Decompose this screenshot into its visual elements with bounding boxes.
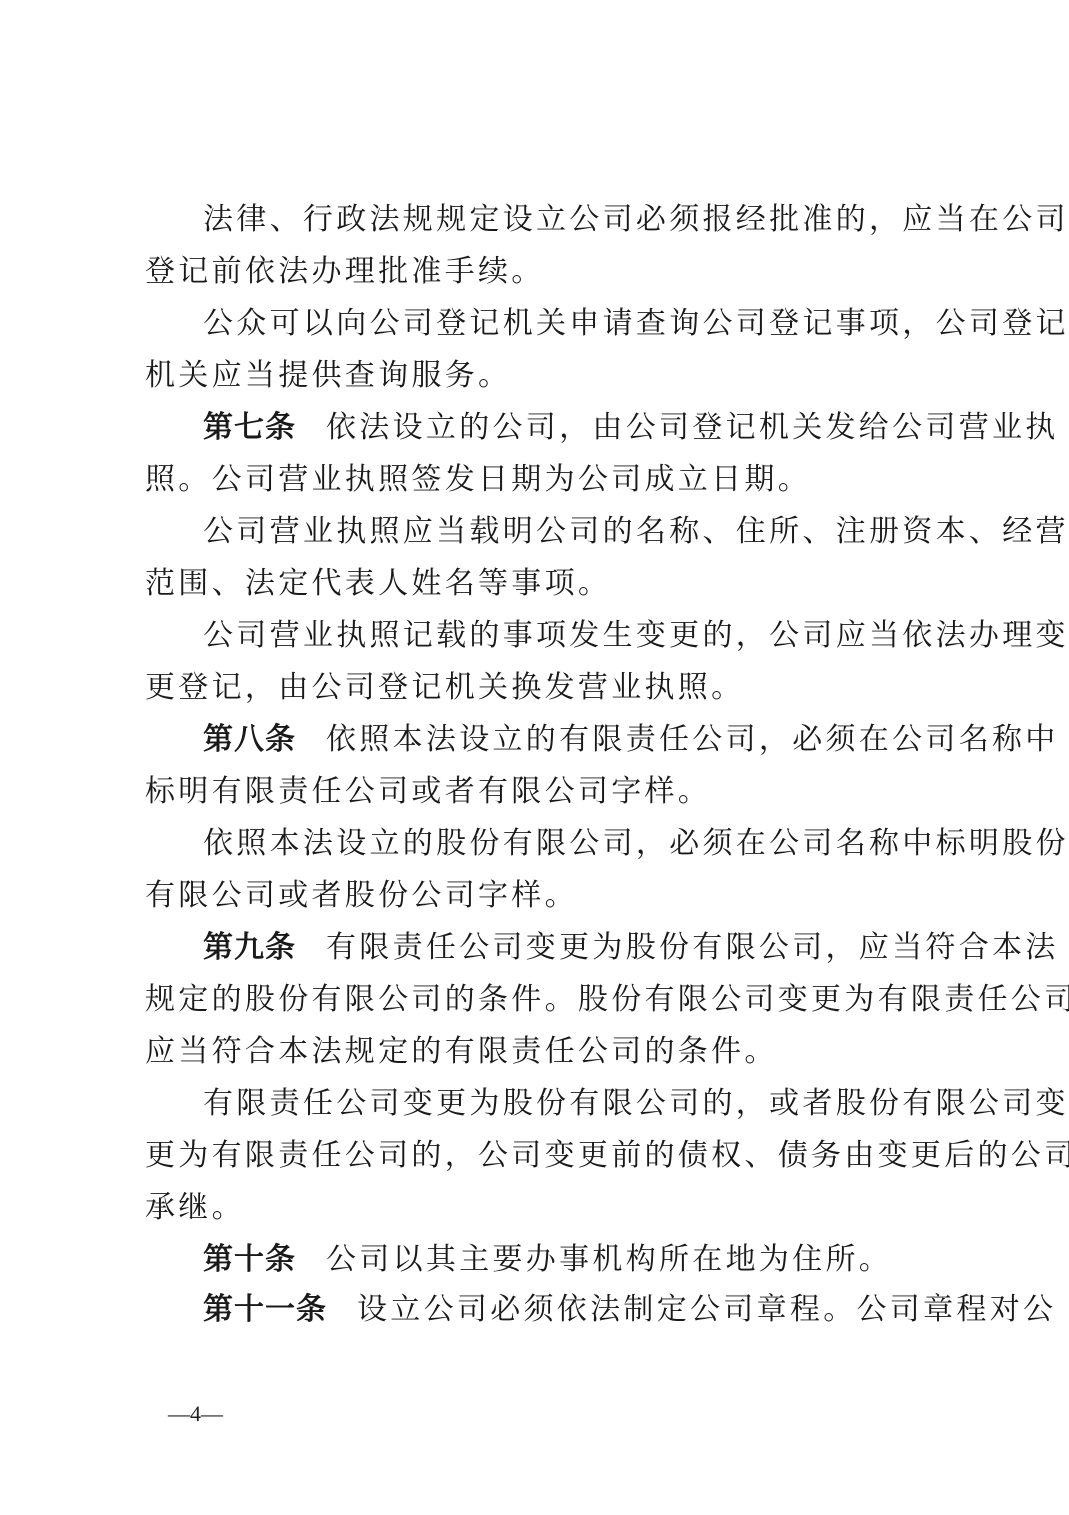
line-text: 法律、行政法规规定设立公司必须报经批准的，应当在公司 — [203, 202, 1069, 237]
line-text: 更为有限责任公司的，公司变更前的债权、债务由变更后的公司 — [145, 1138, 1069, 1173]
paragraph-line: 公众可以向公司登记机关申请查询公司登记事项，公司登记 — [203, 304, 1069, 344]
article-label: 第十条 — [203, 1242, 296, 1277]
page-number: —4— — [168, 1400, 223, 1428]
line-text: 依照本法设立的股份有限公司，必须在公司名称中标明股份 — [203, 826, 1069, 861]
paragraph-line: 有限责任公司变更为股份有限公司的，或者股份有限公司变 — [203, 1084, 1069, 1124]
line-text: 登记前依法办理批准手续。 — [145, 254, 545, 289]
paragraph-line: 规定的股份有限公司的条件。股份有限公司变更为有限责任公司， — [145, 980, 1069, 1020]
paragraph-line: 承继。 — [145, 1188, 245, 1228]
paragraph-line: 公司营业执照记载的事项发生变更的，公司应当依法办理变 — [203, 616, 1069, 656]
line-text: 应当符合本法规定的有限责任公司的条件。 — [145, 1034, 778, 1069]
paragraph-line: 机关应当提供查询服务。 — [145, 356, 511, 396]
line-text: 依法设立的公司，由公司登记机关发给公司营业执 — [326, 410, 1059, 445]
line-text: 有限责任公司变更为股份有限公司的，或者股份有限公司变 — [203, 1086, 1069, 1121]
line-text: 规定的股份有限公司的条件。股份有限公司变更为有限责任公司， — [145, 982, 1069, 1017]
paragraph-line: 应当符合本法规定的有限责任公司的条件。 — [145, 1032, 778, 1072]
line-text: 有限公司或者股份公司字样。 — [145, 878, 578, 913]
document-page: 法律、行政法规规定设立公司必须报经批准的，应当在公司 登记前依法办理批准手续。 … — [0, 0, 1069, 1515]
line-text: 标明有限责任公司或者有限公司字样。 — [145, 774, 711, 809]
line-text: 公司以其主要办事机构所在地为住所。 — [326, 1242, 892, 1277]
line-text: 承继。 — [145, 1190, 245, 1225]
article-8-line: 第八条依照本法设立的有限责任公司，必须在公司名称中 — [203, 720, 1059, 760]
line-text: 有限责任公司变更为股份有限公司，应当符合本法 — [326, 930, 1059, 965]
line-text: 公司营业执照记载的事项发生变更的，公司应当依法办理变 — [203, 618, 1069, 653]
line-text: 公司营业执照应当载明公司的名称、住所、注册资本、经营 — [203, 514, 1069, 549]
paragraph-line: 依照本法设立的股份有限公司，必须在公司名称中标明股份 — [203, 824, 1069, 864]
paragraph-line: 更登记，由公司登记机关换发营业执照。 — [145, 668, 744, 708]
line-text: 照。公司营业执照签发日期为公司成立日期。 — [145, 462, 811, 497]
paragraph-line: 有限公司或者股份公司字样。 — [145, 876, 578, 916]
article-label: 第八条 — [203, 722, 296, 757]
article-7-line: 第七条依法设立的公司，由公司登记机关发给公司营业执 — [203, 408, 1059, 448]
paragraph-line: 范围、法定代表人姓名等事项。 — [145, 564, 611, 604]
line-text: 更登记，由公司登记机关换发营业执照。 — [145, 670, 744, 705]
line-text: 设立公司必须依法制定公司章程。公司章程对公 — [357, 1292, 1056, 1327]
article-label: 第十一条 — [203, 1292, 327, 1327]
article-label: 第九条 — [203, 930, 296, 965]
line-text: 依照本法设立的有限责任公司，必须在公司名称中 — [326, 722, 1059, 757]
article-10-line: 第十条公司以其主要办事机构所在地为住所。 — [203, 1240, 892, 1280]
line-text: 范围、法定代表人姓名等事项。 — [145, 566, 611, 601]
paragraph-line: 法律、行政法规规定设立公司必须报经批准的，应当在公司 — [203, 200, 1069, 240]
paragraph-line: 标明有限责任公司或者有限公司字样。 — [145, 772, 711, 812]
paragraph-line: 照。公司营业执照签发日期为公司成立日期。 — [145, 460, 811, 500]
paragraph-line: 登记前依法办理批准手续。 — [145, 252, 545, 292]
article-9-line: 第九条有限责任公司变更为股份有限公司，应当符合本法 — [203, 928, 1059, 968]
line-text: 机关应当提供查询服务。 — [145, 358, 511, 393]
article-label: 第七条 — [203, 410, 296, 445]
line-text: 公众可以向公司登记机关申请查询公司登记事项，公司登记 — [203, 306, 1069, 341]
article-11-line: 第十一条设立公司必须依法制定公司章程。公司章程对公 — [203, 1290, 1056, 1330]
paragraph-line: 更为有限责任公司的，公司变更前的债权、债务由变更后的公司 — [145, 1136, 1069, 1176]
paragraph-line: 公司营业执照应当载明公司的名称、住所、注册资本、经营 — [203, 512, 1069, 552]
